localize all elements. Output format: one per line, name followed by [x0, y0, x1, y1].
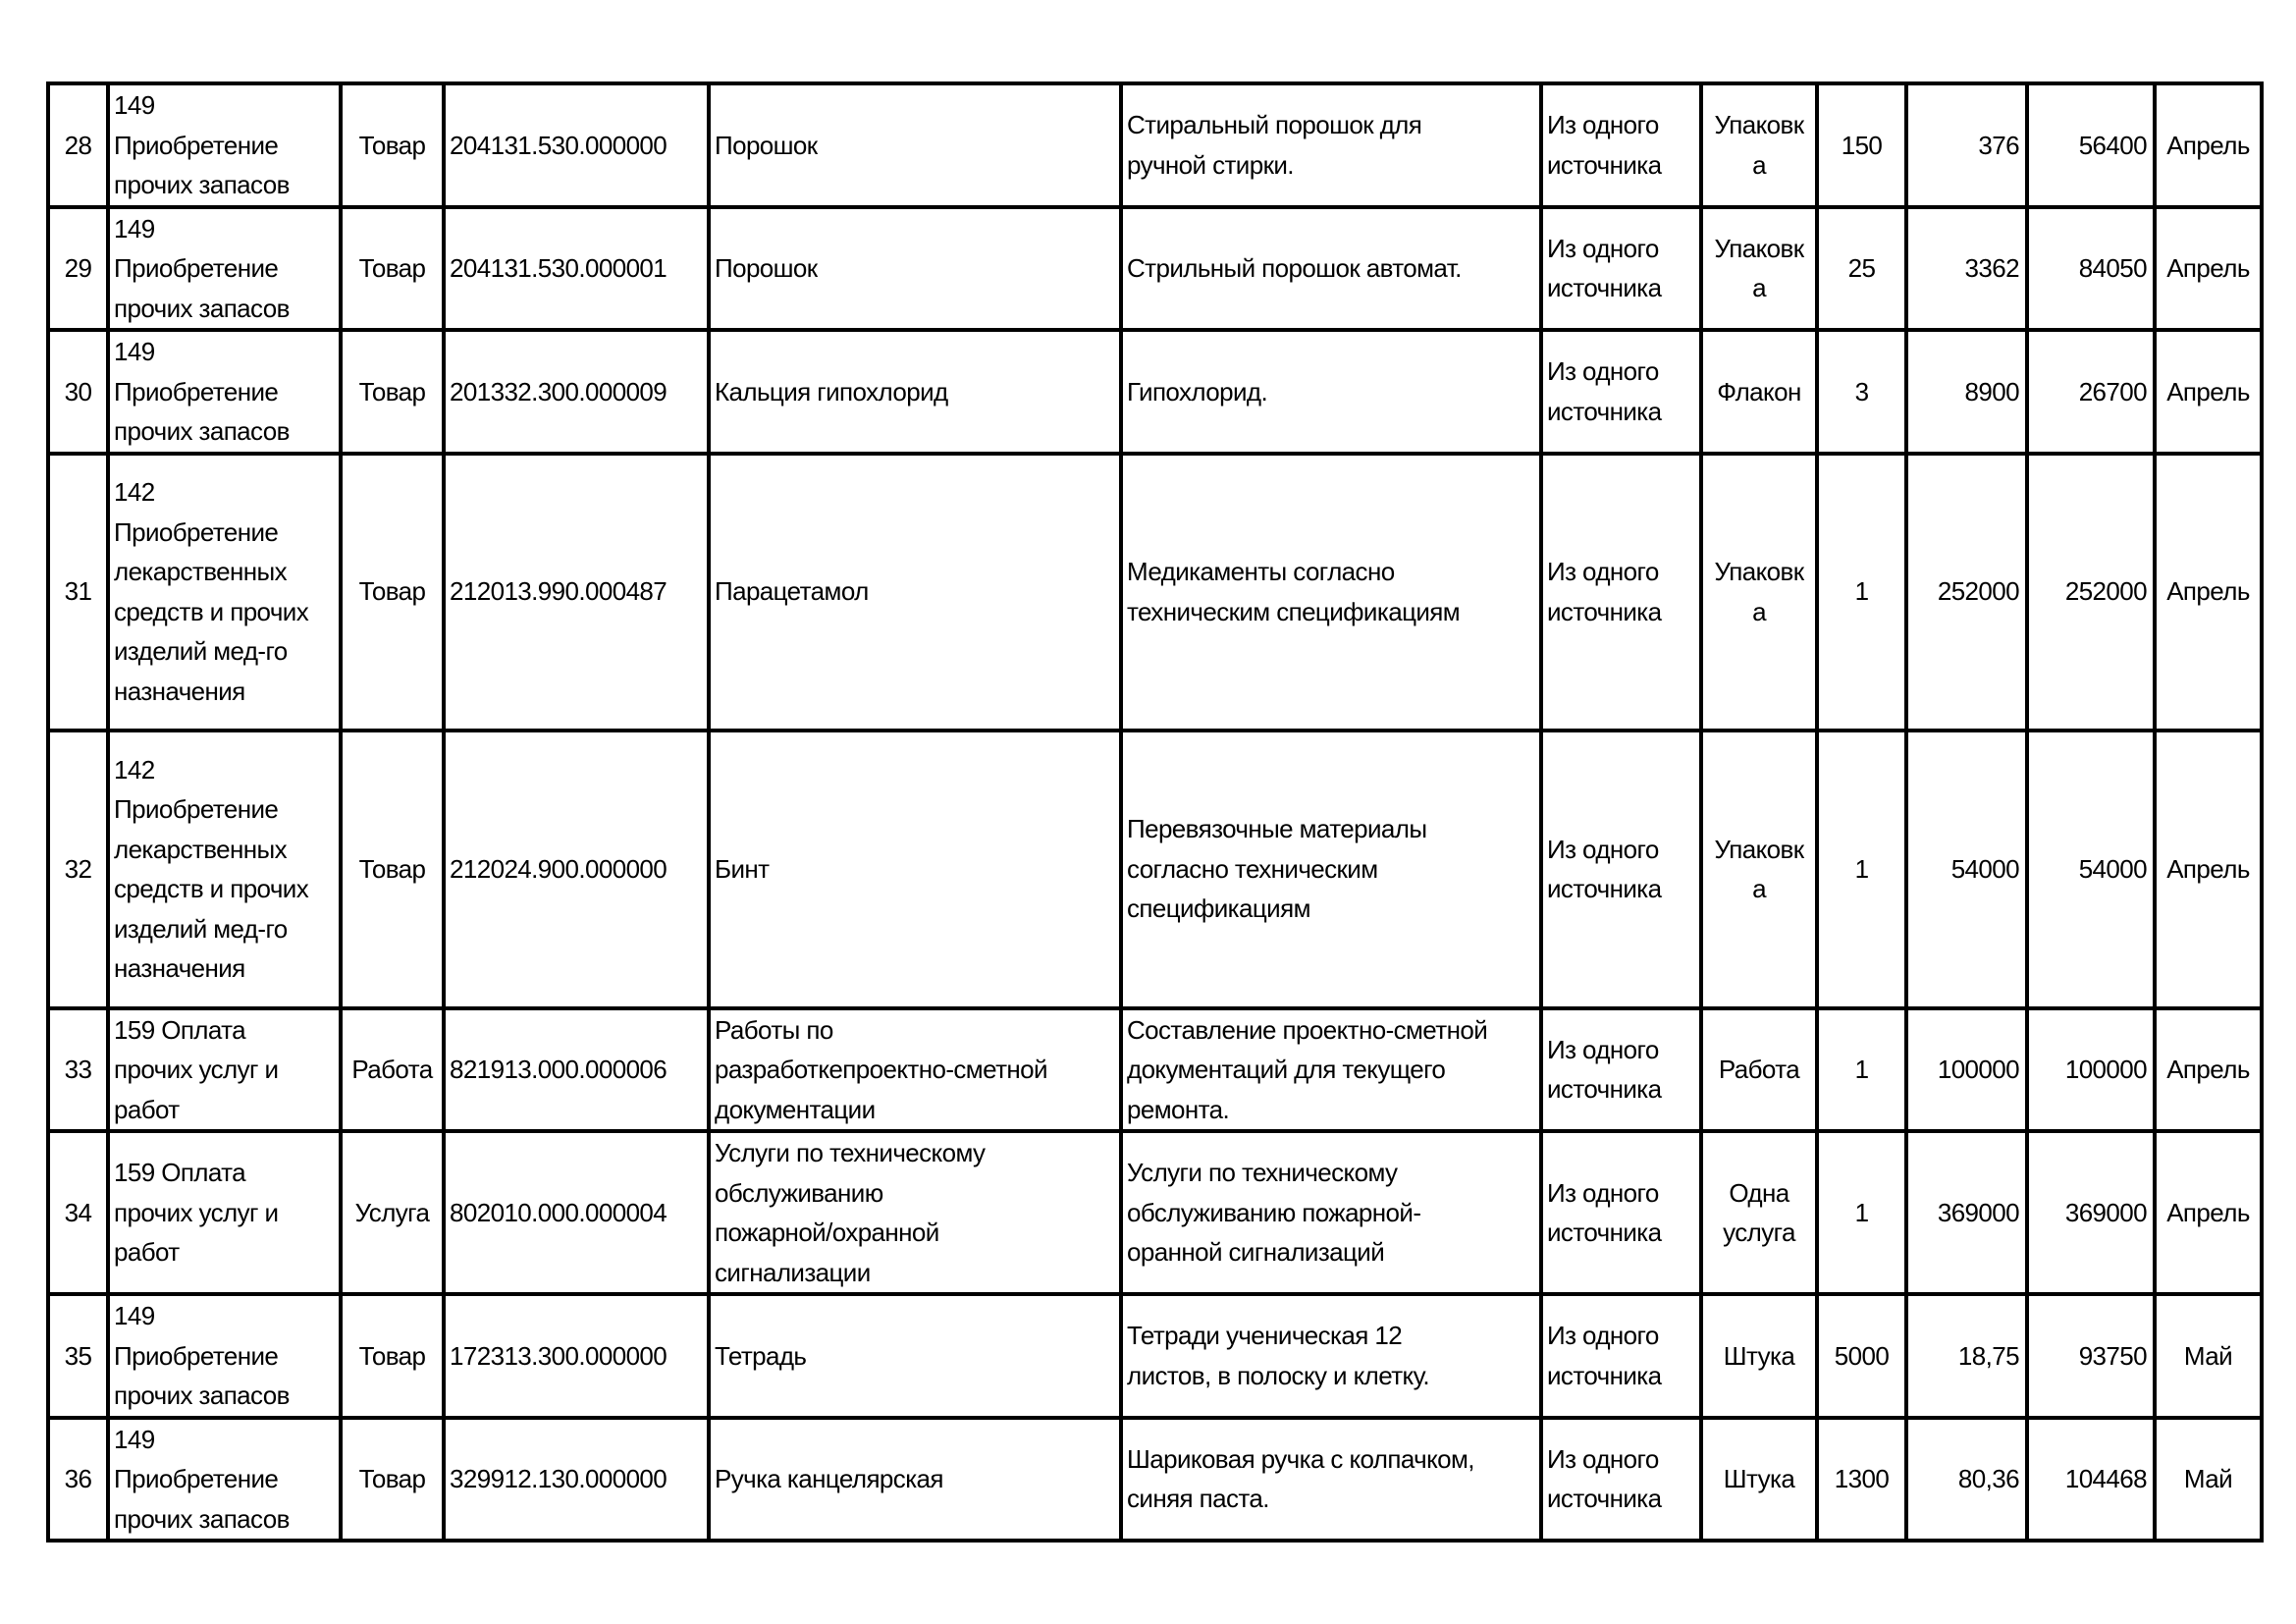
- row-number: 29: [48, 207, 108, 331]
- procurement-method: Из одного источника: [1541, 207, 1701, 331]
- item-code: 802010.000.000004: [444, 1131, 709, 1294]
- table-row: 32 142 Приобретение лекарственных средст…: [48, 731, 2262, 1008]
- unit-price: 54000: [1906, 731, 2027, 1008]
- total-sum: 252000: [2027, 454, 2155, 731]
- unit-of-measure: Работа: [1701, 1008, 1817, 1132]
- procurement-month: Апрель: [2155, 207, 2262, 331]
- item-code: 201332.300.000009: [444, 330, 709, 454]
- budget-article: 142 Приобретение лекарственных средств и…: [108, 454, 341, 731]
- unit-of-measure: Упаковк а: [1701, 731, 1817, 1008]
- item-code: 821913.000.000006: [444, 1008, 709, 1132]
- budget-article: 149 Приобретение прочих запасов: [108, 83, 341, 207]
- row-number: 31: [48, 454, 108, 731]
- procurement-type: Товар: [341, 83, 444, 207]
- procurement-method: Из одного источника: [1541, 1131, 1701, 1294]
- unit-price: 8900: [1906, 330, 2027, 454]
- item-description: Перевязочные материалы согласно техничес…: [1121, 731, 1541, 1008]
- quantity: 150: [1817, 83, 1906, 207]
- quantity: 1: [1817, 454, 1906, 731]
- procurement-type: Работа: [341, 1008, 444, 1132]
- item-description: Шариковая ручка с колпачком, синяя паста…: [1121, 1418, 1541, 1542]
- procurement-type: Товар: [341, 731, 444, 1008]
- procurement-type: Товар: [341, 207, 444, 331]
- unit-of-measure: Штука: [1701, 1418, 1817, 1542]
- unit-of-measure: Штука: [1701, 1294, 1817, 1418]
- item-name: Порошок: [709, 83, 1121, 207]
- table-row: 30 149 Приобретение прочих запасов Товар…: [48, 330, 2262, 454]
- row-number: 30: [48, 330, 108, 454]
- unit-of-measure: Флакон: [1701, 330, 1817, 454]
- budget-article: 149 Приобретение прочих запасов: [108, 1294, 341, 1418]
- item-code: 212013.990.000487: [444, 454, 709, 731]
- total-sum: 84050: [2027, 207, 2155, 331]
- procurement-type: Товар: [341, 330, 444, 454]
- row-number: 33: [48, 1008, 108, 1132]
- item-name: Работы по разработкепроектно-сметной док…: [709, 1008, 1121, 1132]
- table-row: 35 149 Приобретение прочих запасов Товар…: [48, 1294, 2262, 1418]
- total-sum: 56400: [2027, 83, 2155, 207]
- item-description: Тетради ученическая 12 листов, в полоску…: [1121, 1294, 1541, 1418]
- total-sum: 369000: [2027, 1131, 2155, 1294]
- total-sum: 93750: [2027, 1294, 2155, 1418]
- procurement-month: Апрель: [2155, 83, 2262, 207]
- row-number: 35: [48, 1294, 108, 1418]
- item-description: Стрильный порошок автомат.: [1121, 207, 1541, 331]
- procurement-month: Апрель: [2155, 731, 2262, 1008]
- table-row: 33 159 Оплата прочих услуг и работ Работ…: [48, 1008, 2262, 1132]
- item-description: Медикаменты согласно техническим специфи…: [1121, 454, 1541, 731]
- total-sum: 104468: [2027, 1418, 2155, 1542]
- unit-of-measure: Упаковк а: [1701, 83, 1817, 207]
- unit-of-measure: Упаковк а: [1701, 207, 1817, 331]
- item-name: Услуги по техническому обслуживанию пожа…: [709, 1131, 1121, 1294]
- row-number: 32: [48, 731, 108, 1008]
- quantity: 1: [1817, 1008, 1906, 1132]
- unit-price: 3362: [1906, 207, 2027, 331]
- procurement-month: Май: [2155, 1418, 2262, 1542]
- item-code: 204131.530.000001: [444, 207, 709, 331]
- item-code: 329912.130.000000: [444, 1418, 709, 1542]
- table-row: 31 142 Приобретение лекарственных средст…: [48, 454, 2262, 731]
- procurement-method: Из одного источника: [1541, 330, 1701, 454]
- procurement-type: Товар: [341, 1294, 444, 1418]
- item-name: Бинт: [709, 731, 1121, 1008]
- quantity: 25: [1817, 207, 1906, 331]
- procurement-method: Из одного источника: [1541, 454, 1701, 731]
- budget-article: 142 Приобретение лекарственных средств и…: [108, 731, 341, 1008]
- procurement-month: Апрель: [2155, 330, 2262, 454]
- budget-article: 159 Оплата прочих услуг и работ: [108, 1131, 341, 1294]
- quantity: 3: [1817, 330, 1906, 454]
- item-description: Составление проектно-сметной документаци…: [1121, 1008, 1541, 1132]
- table-row: 29 149 Приобретение прочих запасов Товар…: [48, 207, 2262, 331]
- item-name: Ручка канцелярская: [709, 1418, 1121, 1542]
- item-description: Услуги по техническому обслуживанию пожа…: [1121, 1131, 1541, 1294]
- item-name: Парацетамол: [709, 454, 1121, 731]
- total-sum: 26700: [2027, 330, 2155, 454]
- row-number: 28: [48, 83, 108, 207]
- table-row: 36 149 Приобретение прочих запасов Товар…: [48, 1418, 2262, 1542]
- quantity: 1300: [1817, 1418, 1906, 1542]
- unit-of-measure: Упаковк а: [1701, 454, 1817, 731]
- item-name: Кальция гипохлорид: [709, 330, 1121, 454]
- item-description: Гипохлорид.: [1121, 330, 1541, 454]
- procurement-method: Из одного источника: [1541, 1294, 1701, 1418]
- row-number: 36: [48, 1418, 108, 1542]
- unit-price: 252000: [1906, 454, 2027, 731]
- procurement-method: Из одного источника: [1541, 731, 1701, 1008]
- budget-article: 149 Приобретение прочих запасов: [108, 207, 341, 331]
- row-number: 34: [48, 1131, 108, 1294]
- unit-of-measure: Одна услуга: [1701, 1131, 1817, 1294]
- procurement-month: Апрель: [2155, 454, 2262, 731]
- unit-price: 100000: [1906, 1008, 2027, 1132]
- item-code: 172313.300.000000: [444, 1294, 709, 1418]
- total-sum: 100000: [2027, 1008, 2155, 1132]
- procurement-method: Из одного источника: [1541, 1418, 1701, 1542]
- procurement-type: Услуга: [341, 1131, 444, 1294]
- quantity: 1: [1817, 731, 1906, 1008]
- quantity: 1: [1817, 1131, 1906, 1294]
- budget-article: 159 Оплата прочих услуг и работ: [108, 1008, 341, 1132]
- procurement-month: Апрель: [2155, 1131, 2262, 1294]
- total-sum: 54000: [2027, 731, 2155, 1008]
- unit-price: 376: [1906, 83, 2027, 207]
- procurement-type: Товар: [341, 454, 444, 731]
- item-name: Тетрадь: [709, 1294, 1121, 1418]
- quantity: 5000: [1817, 1294, 1906, 1418]
- item-code: 212024.900.000000: [444, 731, 709, 1008]
- budget-article: 149 Приобретение прочих запасов: [108, 330, 341, 454]
- unit-price: 369000: [1906, 1131, 2027, 1294]
- procurement-plan-table: 28 149 Приобретение прочих запасов Товар…: [46, 81, 2264, 1543]
- procurement-month: Май: [2155, 1294, 2262, 1418]
- table-row: 28 149 Приобретение прочих запасов Товар…: [48, 83, 2262, 207]
- procurement-month: Апрель: [2155, 1008, 2262, 1132]
- procurement-method: Из одного источника: [1541, 83, 1701, 207]
- procurement-method: Из одного источника: [1541, 1008, 1701, 1132]
- item-code: 204131.530.000000: [444, 83, 709, 207]
- budget-article: 149 Приобретение прочих запасов: [108, 1418, 341, 1542]
- unit-price: 18,75: [1906, 1294, 2027, 1418]
- procurement-type: Товар: [341, 1418, 444, 1542]
- item-name: Порошок: [709, 207, 1121, 331]
- item-description: Стиральный порошок для ручной стирки.: [1121, 83, 1541, 207]
- unit-price: 80,36: [1906, 1418, 2027, 1542]
- table-row: 34 159 Оплата прочих услуг и работ Услуг…: [48, 1131, 2262, 1294]
